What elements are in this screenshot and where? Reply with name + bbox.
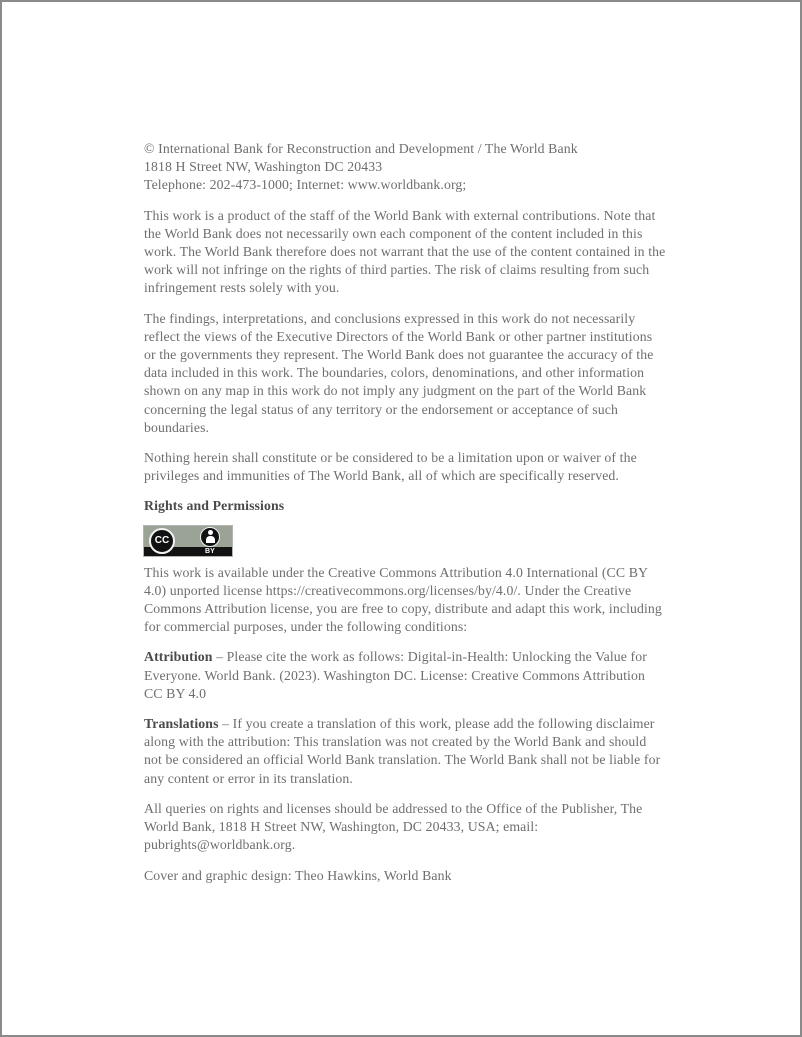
translations-lead: Translations (144, 716, 219, 731)
paragraph-attribution: Attribution – Please cite the work as fo… (144, 648, 666, 703)
paragraph-privileges-immunities: Nothing herein shall constitute or be co… (144, 449, 666, 485)
rights-and-permissions-heading: Rights and Permissions (144, 497, 666, 515)
attribution-text: – Please cite the work as follows: Digit… (144, 649, 647, 700)
contact-line: Telephone: 202-473-1000; Internet: www.w… (144, 176, 666, 194)
attribution-person-icon (200, 527, 220, 547)
attribution-lead: Attribution (144, 649, 213, 664)
copyright-line: © International Bank for Reconstruction … (144, 140, 666, 158)
document-page: © International Bank for Reconstruction … (0, 0, 802, 1037)
copyright-page-content: © International Bank for Reconstruction … (144, 140, 666, 885)
paragraph-queries: All queries on rights and licenses shoul… (144, 800, 666, 855)
address-line: 1818 H Street NW, Washington DC 20433 (144, 158, 666, 176)
cc-icon: CC (149, 528, 175, 554)
credit-line: Cover and graphic design: Theo Hawkins, … (144, 867, 666, 885)
cc-by-label: BY (192, 547, 228, 556)
publisher-block: © International Bank for Reconstruction … (144, 140, 666, 195)
translations-text: – If you create a translation of this wo… (144, 716, 660, 786)
paragraph-license-terms: This work is available under the Creativ… (144, 564, 666, 637)
paragraph-translations: Translations – If you create a translati… (144, 715, 666, 788)
cc-by-license-badge: CC BY (144, 526, 232, 556)
paragraph-findings-disclaimer: The findings, interpretations, and concl… (144, 310, 666, 437)
paragraph-work-product: This work is a product of the staff of t… (144, 207, 666, 298)
